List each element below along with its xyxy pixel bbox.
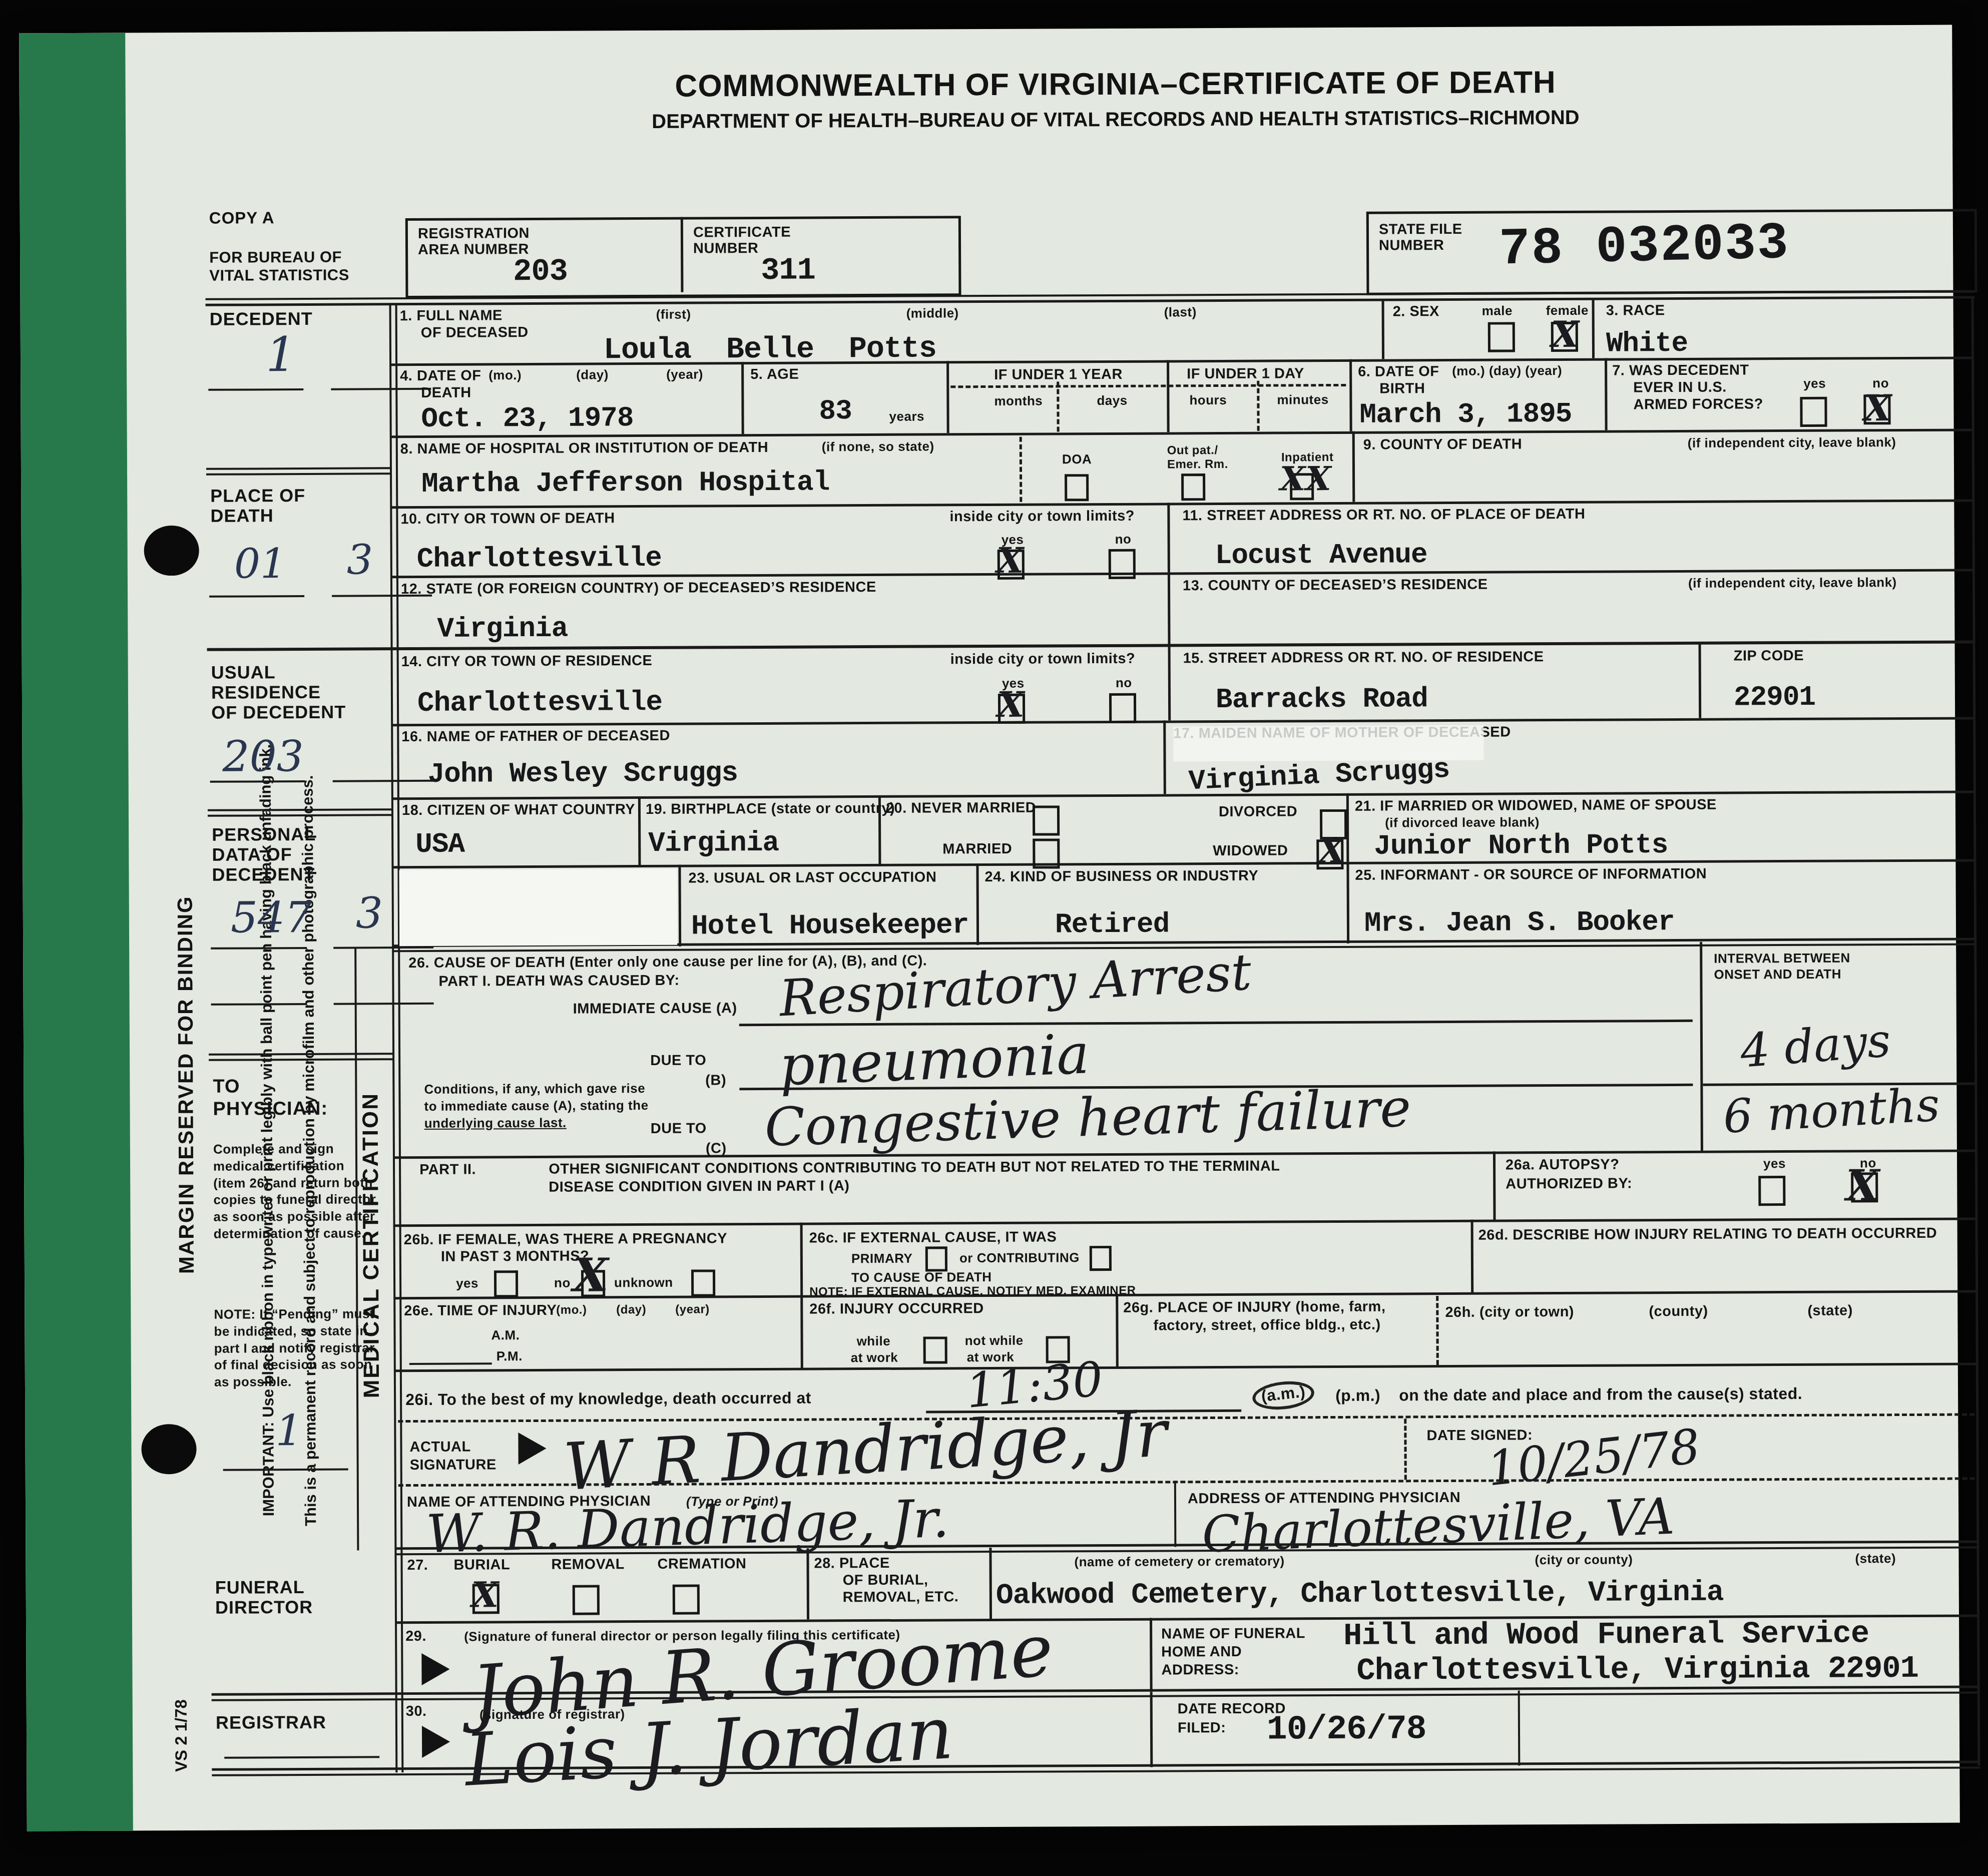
sidebar-registrar: REGISTRAR xyxy=(216,1712,326,1733)
rule-h xyxy=(208,388,303,391)
field26b-no-label: no xyxy=(554,1275,571,1291)
interval-c-handwriting: 6 months xyxy=(1722,1078,1941,1143)
certificate-number-label-1: CERTIFICATE xyxy=(693,224,791,241)
under-1-year-months: months xyxy=(994,393,1043,409)
rule-v xyxy=(1493,1152,1496,1221)
city-of-death: Charlottesville xyxy=(417,542,662,575)
field28-hint: (name of cemetery or crematory) xyxy=(1074,1553,1284,1570)
conditions-note-2: to immediate cause (A), stating the xyxy=(424,1098,648,1114)
rule-v xyxy=(1382,299,1385,359)
rule-h xyxy=(211,947,306,950)
registration-area-label-2: AREA NUMBER xyxy=(418,241,529,258)
death-city-limits-yes-mark: X xyxy=(997,540,1024,581)
rule-h xyxy=(393,790,1976,800)
outpatient-label-1: Out pat./ xyxy=(1167,443,1218,457)
field26b-unknown-label: unknown xyxy=(614,1275,673,1291)
field1-label-1: 1. FULL NAME xyxy=(400,307,503,324)
rule-v xyxy=(1168,645,1171,720)
autopsy-yes-checkbox xyxy=(1758,1176,1785,1206)
never-married-checkbox xyxy=(1033,805,1060,835)
sidebar-personal-1: PERSONAL xyxy=(212,824,316,845)
field10-limits-label: inside city or town limits? xyxy=(949,508,1135,526)
conditions-note-1: Conditions, if any, which gave rise xyxy=(424,1081,645,1097)
field4-hint-mo: (mo.) xyxy=(488,367,522,383)
field13-label: 13. COUNTY OF DECEASED’S RESIDENCE xyxy=(1183,577,1488,595)
field1-hint-first: (first) xyxy=(656,307,691,322)
field4-hint-day: (day) xyxy=(576,367,609,382)
rule-dash-v xyxy=(1257,381,1259,431)
interval-b-handwriting: 4 days xyxy=(1738,1014,1892,1078)
residence-street: Barracks Road xyxy=(1216,683,1428,716)
rule-v xyxy=(1346,862,1349,944)
registration-area-label-1: REGISTRATION xyxy=(418,225,530,242)
citizen-country: USA xyxy=(415,828,464,860)
rule-v xyxy=(1168,572,1171,645)
certificate-subtitle: DEPARTMENT OF HEALTH–BUREAU OF VITAL REC… xyxy=(540,106,1691,134)
outpatient-checkbox xyxy=(1181,474,1205,501)
rule-h xyxy=(224,1756,379,1758)
field26a-label-2: AUTHORIZED BY: xyxy=(1506,1175,1632,1192)
field26c-contributing-label: or CONTRIBUTING xyxy=(959,1250,1080,1266)
field4-label-2: DEATH xyxy=(421,385,471,401)
date-record-filed-label-2: FILED: xyxy=(1178,1720,1226,1736)
rule-h xyxy=(208,808,392,811)
pregnancy-no-mark: X xyxy=(573,1248,609,1302)
field10-label: 10. CITY OR TOWN OF DEATH xyxy=(400,510,615,528)
field26b-yes-label: yes xyxy=(456,1275,478,1291)
field25-label: 25. INFORMANT - OR SOURCE OF INFORMATION xyxy=(1355,866,1707,884)
field21-label: 21. IF MARRIED OR WIDOWED, NAME OF SPOUS… xyxy=(1355,797,1717,815)
rule-dash xyxy=(398,1413,1974,1423)
zip-value: 22901 xyxy=(1734,681,1815,714)
field26i-tail: on the date and place and from the cause… xyxy=(1399,1384,1802,1405)
field27-number: 27. xyxy=(407,1557,428,1574)
rule-v xyxy=(1174,1481,1177,1547)
sidebar-funeral-2: DIRECTOR xyxy=(215,1597,313,1618)
primary-checkbox xyxy=(925,1246,947,1271)
due-to-b-label: DUE TO xyxy=(650,1052,706,1069)
certificate-title: COMMONWEALTH OF VIRGINIA–CERTIFICATE OF … xyxy=(590,64,1641,104)
sidebar-decedent: DECEDENT xyxy=(210,308,313,330)
rule-v xyxy=(741,362,744,434)
field6-label-2: BIRTH xyxy=(1379,380,1425,397)
rule-h xyxy=(409,1362,492,1365)
field26c-to-cause-label: TO CAUSE OF DEATH xyxy=(851,1269,992,1285)
field18-label: 18. CITIZEN OF WHAT COUNTRY xyxy=(402,801,635,819)
sidebar-place-entry-1: 01 xyxy=(234,540,287,588)
field26a-label-1: 26a. AUTOPSY? xyxy=(1506,1157,1619,1174)
pregnancy-unknown-checkbox xyxy=(691,1269,715,1296)
field14-label: 14. CITY OR TOWN OF RESIDENCE xyxy=(401,653,653,670)
field20-widowed-label: WIDOWED xyxy=(1213,842,1288,859)
field13-hint: (if independent city, leave blank) xyxy=(1688,575,1897,591)
funeral-home-label-2: HOME AND xyxy=(1161,1644,1242,1661)
field26b-label-2: IN PAST 3 MONTHS? xyxy=(441,1248,590,1265)
field26i-pm: (p.m.) xyxy=(1335,1386,1380,1405)
armed-forces-yes-checkbox xyxy=(1800,397,1827,427)
field6-label-1: 6. DATE OF xyxy=(1358,363,1439,380)
zip-label: ZIP CODE xyxy=(1734,648,1804,665)
field20-never-married-label: 20. NEVER MARRIED xyxy=(886,800,1036,817)
b-label: (B) xyxy=(705,1072,726,1089)
field6-hints: (mo.) (day) (year) xyxy=(1452,363,1562,379)
field28-label-2: OF BURIAL, xyxy=(843,1572,928,1589)
field26c-primary-label: PRIMARY xyxy=(851,1251,913,1267)
field26e-am: A.M. xyxy=(491,1327,520,1343)
hole-punch xyxy=(141,1424,196,1474)
field9-hint: (if independent city, leave blank) xyxy=(1688,434,1896,451)
field27-cremation-label: CREMATION xyxy=(657,1556,746,1573)
field4-hint-year: (year) xyxy=(666,366,703,382)
funeral-home-label-1: NAME OF FUNERAL xyxy=(1161,1625,1305,1642)
bureau-label-1: FOR BUREAU OF xyxy=(209,248,342,267)
birthplace-value: Virginia xyxy=(648,827,779,859)
hole-punch xyxy=(144,526,199,576)
rule-h xyxy=(209,595,304,598)
date-of-death: Oct. 23, 1978 xyxy=(421,402,633,435)
sidebar-to-physician-body: Complete and sign medical certification … xyxy=(213,1140,379,1242)
field28-label-1: 28. PLACE xyxy=(814,1555,889,1572)
field1-hint-last: (last) xyxy=(1164,304,1197,320)
signature-arrow-icon xyxy=(518,1433,546,1465)
actual-signature-label-1: ACTUAL xyxy=(409,1439,470,1456)
place-of-burial-value: Oakwood Cemetery, Charlottesville, Virgi… xyxy=(996,1577,1724,1612)
doa-checkbox xyxy=(1065,474,1089,501)
field26h-county: (county) xyxy=(1649,1303,1708,1320)
rule-v xyxy=(1163,720,1166,794)
funeral-home-address: Charlottesville, Virginia 22901 xyxy=(1356,1651,1918,1689)
rule-h xyxy=(211,1003,306,1006)
field26e-pm: P.M. xyxy=(496,1348,523,1364)
rule-v xyxy=(1471,1220,1474,1294)
sidebar-personal-entry-1: 547 xyxy=(231,893,312,943)
rule-v xyxy=(1167,503,1170,572)
funeral-home-name: Hill and Wood Funeral Service xyxy=(1343,1616,1869,1654)
am-circle: (a.m.) xyxy=(1251,1378,1316,1413)
residence-state: Virginia xyxy=(437,613,568,645)
rule-v xyxy=(1150,1618,1153,1692)
actual-signature-label-2: SIGNATURE xyxy=(410,1457,496,1474)
sidebar-place-1: PLACE OF xyxy=(210,485,305,507)
field20-divorced-label: DIVORCED xyxy=(1219,803,1297,820)
rule-v xyxy=(800,1223,803,1297)
rule-v xyxy=(1700,942,1703,1152)
certificate-paper: MARGIN RESERVED FOR BINDING IMPORTANT: U… xyxy=(19,25,1960,1831)
field8-hint: (if none, so state) xyxy=(822,438,934,454)
rule-v xyxy=(1150,1692,1153,1767)
rule-v xyxy=(638,796,641,865)
immediate-cause-label: IMMEDIATE CAUSE (A) xyxy=(573,1000,737,1017)
state-file-label-1: STATE FILE xyxy=(1379,221,1462,238)
field30-number: 30. xyxy=(406,1703,427,1720)
city-of-residence: Charlottesville xyxy=(417,686,662,719)
blank-patch xyxy=(399,869,677,946)
under-1-day-hours: hours xyxy=(1189,392,1227,408)
sidebar-personal-2: DATA OF xyxy=(212,844,292,865)
field2-male-label: male xyxy=(1482,303,1513,318)
sidebar-place-2: DEATH xyxy=(210,505,274,527)
margin-binding-text: MARGIN RESERVED FOR BINDING xyxy=(172,593,199,1274)
field1-hint-middle: (middle) xyxy=(906,305,959,321)
doa-label: DOA xyxy=(1062,451,1092,467)
spouse-name: Junior North Potts xyxy=(1374,829,1668,862)
conditions-note-3: underlying cause last. xyxy=(424,1115,567,1131)
rule-h xyxy=(334,1003,434,1005)
rule-v xyxy=(1971,296,1980,1765)
field14-limits-label: inside city or town limits? xyxy=(950,651,1136,668)
outpatient-label-2: Emer. Rm. xyxy=(1167,457,1228,472)
under-1-year-label: IF UNDER 1 YEAR xyxy=(994,366,1123,383)
field23-label: 23. USUAL OR LAST OCCUPATION xyxy=(688,869,936,886)
rule-h xyxy=(210,780,305,783)
sidebar-place-entry-2: 3 xyxy=(347,536,373,584)
contributing-checkbox xyxy=(1090,1246,1112,1271)
sidebar-personal-entry-2: 3 xyxy=(356,888,383,938)
registration-area-number: 203 xyxy=(513,254,568,289)
field28-city-hint: (city or county) xyxy=(1535,1552,1633,1568)
rule-h xyxy=(333,780,433,782)
age-years-label: years xyxy=(889,409,924,424)
c-label: (C) xyxy=(706,1140,727,1157)
part2-text-2: DISEASE CONDITION GIVEN IN PART I (A) xyxy=(549,1178,849,1196)
field26c-label: 26c. IF EXTERNAL CAUSE, IT WAS xyxy=(809,1229,1057,1246)
father-name: John Wesley Scruggs xyxy=(428,757,738,790)
field26-label-2: PART I. DEATH WAS CAUSED BY: xyxy=(438,973,679,990)
field19-label: 19. BIRTHPLACE (state or country) xyxy=(646,800,895,818)
rule-h xyxy=(395,1290,1978,1299)
rule-v xyxy=(1352,431,1355,502)
rule-h xyxy=(393,859,1976,868)
rule-v xyxy=(1518,1690,1521,1765)
rule-v xyxy=(800,1295,803,1369)
field5-label: 5. AGE xyxy=(750,366,799,383)
sidebar-to-physician-1: TO xyxy=(213,1076,240,1098)
field2-label: 2. SEX xyxy=(1393,303,1439,320)
sidebar-residence-3: OF DECEDENT xyxy=(211,702,346,723)
sidebar-personal-3: DECEDENT xyxy=(212,864,315,885)
field26f-label: 26f. INJURY OCCURRED xyxy=(809,1300,984,1318)
field27-burial-label: BURIAL xyxy=(453,1557,510,1573)
field8-label: 8. NAME OF HOSPITAL OR INSTITUTION OF DE… xyxy=(400,439,768,457)
male-checkbox xyxy=(1488,322,1515,352)
date-of-birth: March 3, 1895 xyxy=(1359,398,1572,431)
field26h-label: 26h. (city or town) xyxy=(1445,1304,1574,1321)
inpatient-mark: XX xyxy=(1280,459,1331,498)
rule-v xyxy=(976,863,979,945)
rule-h xyxy=(206,473,390,476)
occupation-value: Hotel Housekeeper xyxy=(691,909,969,942)
field26e-day: (day) xyxy=(616,1303,646,1317)
field15-label: 15. STREET ADDRESS OR RT. NO. OF RESIDEN… xyxy=(1183,649,1544,667)
burial-mark: X xyxy=(471,1574,499,1615)
field12-label: 12. STATE (OR FOREIGN COUNTRY) OF DECEAS… xyxy=(401,579,876,598)
bureau-label-2: VITAL STATISTICS xyxy=(209,266,349,285)
rule-h xyxy=(395,1362,1978,1372)
field16-label: 16. NAME OF FATHER OF DECEASED xyxy=(401,728,670,745)
field26b-label-1: 26b. IF FEMALE, WAS THERE A PREGNANCY xyxy=(404,1230,727,1248)
sidebar-funeral-1: FUNERAL xyxy=(215,1577,305,1598)
interval-label-1: INTERVAL BETWEEN xyxy=(1714,950,1850,966)
rule-v xyxy=(946,361,949,433)
female-check-mark: X xyxy=(1551,313,1579,355)
rule-v xyxy=(989,1548,992,1619)
field26f-while-1: while xyxy=(857,1333,891,1349)
sidebar-residence-2: RESIDENCE xyxy=(211,682,321,703)
field20-married-label: MARRIED xyxy=(942,841,1012,858)
field28-state-hint: (state) xyxy=(1855,1551,1896,1566)
scanned-death-certificate: MARGIN RESERVED FOR BINDING IMPORTANT: U… xyxy=(0,0,1988,1876)
physician-signature-script: W R Dandridge, Jr xyxy=(562,1395,1169,1505)
field26g-label-2: factory, street, office bldg., etc.) xyxy=(1153,1317,1380,1334)
rule-v xyxy=(1699,643,1702,718)
while-at-work-checkbox xyxy=(923,1336,947,1363)
rule-dash-v xyxy=(1020,437,1023,502)
rule-v xyxy=(1592,298,1595,358)
rule-v xyxy=(1605,358,1608,430)
residence-city-limits-no-checkbox xyxy=(1109,693,1136,723)
interval-label-2: ONSET AND DEATH xyxy=(1714,967,1841,983)
part2-text-1: OTHER SIGNIFICANT CONDITIONS CONTRIBUTIN… xyxy=(549,1158,1280,1177)
informant-value: Mrs. Jean S. Booker xyxy=(1364,906,1675,940)
rule-h xyxy=(394,1149,1977,1159)
copy-label: COPY A xyxy=(209,208,275,228)
cause-b-handwriting: pneumonia xyxy=(778,1022,1091,1098)
field27-removal-label: REMOVAL xyxy=(551,1556,625,1573)
sidebar-residence-1: USUAL xyxy=(211,662,276,683)
under-1-day-label: IF UNDER 1 DAY xyxy=(1187,365,1304,382)
funeral-home-label-3: ADDRESS: xyxy=(1161,1662,1239,1679)
field28-label-3: REMOVAL, ETC. xyxy=(843,1589,959,1606)
pregnancy-yes-checkbox xyxy=(494,1270,518,1297)
rule-v xyxy=(806,1549,809,1620)
field26d-label: 26d. DESCRIBE HOW INJURY RELATING TO DEA… xyxy=(1478,1225,1937,1244)
field7-label-2: EVER IN U.S. xyxy=(1633,379,1727,396)
field11-label: 11. STREET ADDRESS OR RT. NO. OF PLACE O… xyxy=(1182,506,1585,525)
rule-dash-v xyxy=(1404,1419,1407,1480)
rule-h xyxy=(223,1469,348,1471)
widowed-mark: X xyxy=(1318,829,1345,871)
residence-city-limits-yes-mark: X xyxy=(997,684,1025,725)
part2-label: PART II. xyxy=(419,1161,476,1178)
field4-label-1: 4. DATE OF xyxy=(400,367,481,384)
field26g-label-1: 26g. PLACE OF INJURY (home, farm, xyxy=(1123,1299,1385,1316)
armed-forces-no-mark: X xyxy=(1863,386,1891,429)
decedent-name: Loula Belle Potts xyxy=(604,332,936,367)
age-value: 83 xyxy=(819,395,851,427)
field21-hint: (if divorced leave blank) xyxy=(1385,814,1540,830)
field7-label-3: ARMED FORCES? xyxy=(1633,396,1763,413)
rule-v xyxy=(1349,359,1352,431)
field10-no-label: no xyxy=(1115,532,1132,547)
field26f-notwhile-1: not while xyxy=(965,1333,1024,1349)
field14-no-label: no xyxy=(1116,675,1132,691)
rule-h xyxy=(206,467,390,470)
race-value: White xyxy=(1606,327,1688,360)
place-of-death-street: Locust Avenue xyxy=(1215,539,1427,572)
field26i-am: (a.m.) xyxy=(1252,1381,1315,1410)
rule-h xyxy=(331,388,431,390)
sidebar-decedent-entry: 1 xyxy=(266,327,296,382)
field1-label-2: OF DECEASED xyxy=(421,324,529,341)
field3-label: 3. RACE xyxy=(1606,302,1665,319)
form-code: VS 2 1/78 xyxy=(171,1662,191,1772)
field26f-while-2: at work xyxy=(851,1350,898,1365)
rule-h xyxy=(208,814,392,817)
rule-v xyxy=(1167,360,1170,432)
sidebar-to-physician-2: PHYSICIAN: xyxy=(213,1098,328,1120)
field26e-label: 26e. TIME OF INJURY xyxy=(404,1302,557,1319)
rule-dash-v xyxy=(1436,1296,1439,1365)
field24-label: 24. KIND OF BUSINESS OR INDUSTRY xyxy=(984,868,1258,885)
rule-v xyxy=(681,217,684,292)
state-file-label-2: NUMBER xyxy=(1379,237,1444,254)
death-city-limits-no-checkbox xyxy=(1109,549,1136,579)
rule-v xyxy=(678,865,681,947)
due-to-c-label: DUE TO xyxy=(651,1120,707,1137)
field29-number: 29. xyxy=(405,1628,426,1645)
field26a-yes-label: yes xyxy=(1763,1156,1786,1171)
binding-strip xyxy=(19,33,133,1831)
field7-yes-label: yes xyxy=(1803,376,1826,391)
under-1-day-minutes: minutes xyxy=(1277,392,1328,407)
hospital-name: Martha Jefferson Hospital xyxy=(421,466,829,500)
sidebar-residence-entry: 203 xyxy=(222,732,304,782)
removal-checkbox xyxy=(573,1585,600,1615)
rule-dash xyxy=(950,384,1346,388)
married-checkbox xyxy=(1033,838,1060,868)
sidebar-physician-entry: 1 xyxy=(275,1406,303,1456)
field26i-label: 26i. To the best of my knowledge, death … xyxy=(405,1389,811,1410)
field26h-state: (state) xyxy=(1807,1302,1853,1319)
registrar-arrow-icon xyxy=(422,1726,450,1758)
certificate-number-label-2: NUMBER xyxy=(693,240,758,257)
date-record-filed-value: 10/26/78 xyxy=(1267,1710,1426,1749)
certificate-number: 311 xyxy=(761,253,815,288)
field26e-mo: (mo.) xyxy=(556,1303,587,1317)
state-file-number: 78 032033 xyxy=(1499,214,1790,280)
field9-label: 9. COUNTY OF DEATH xyxy=(1363,436,1522,453)
business-value: Retired xyxy=(1055,908,1170,941)
funeral-director-arrow-icon xyxy=(421,1653,449,1685)
field7-label-1: 7. WAS DECEDENT xyxy=(1612,362,1749,379)
autopsy-no-mark: X xyxy=(1846,1160,1879,1211)
rule-v xyxy=(1116,1294,1119,1368)
under-1-year-days: days xyxy=(1097,393,1127,408)
cremation-checkbox xyxy=(673,1585,700,1615)
rule-dash-v xyxy=(1057,381,1059,431)
rule-h xyxy=(395,1217,1978,1227)
field26c-note: NOTE: IF EXTERNAL CAUSE, NOTIFY MED. EXA… xyxy=(809,1284,1136,1299)
field26e-year: (year) xyxy=(675,1302,709,1316)
